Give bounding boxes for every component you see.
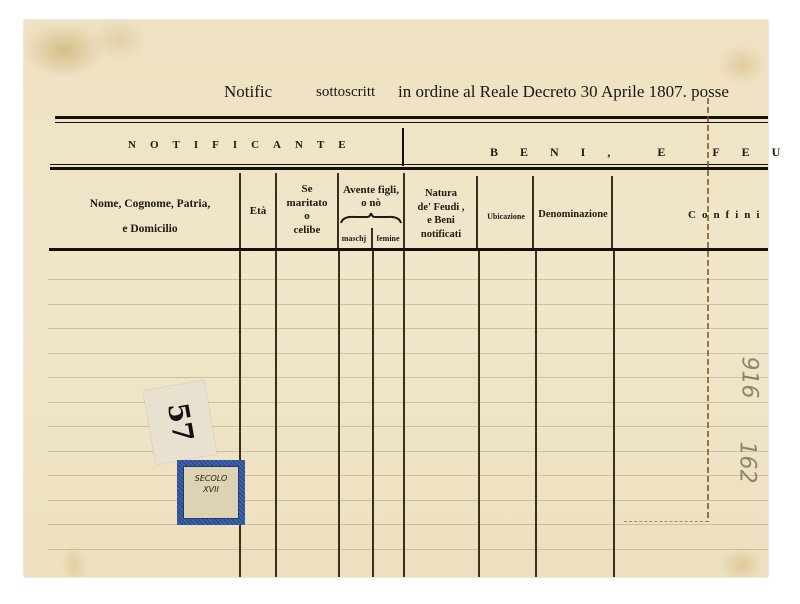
number-tag-text: 57 <box>160 400 199 444</box>
top-thick-rule <box>55 116 768 119</box>
col-natura-line1: Natura <box>404 187 478 201</box>
secolo-tag: SECOLO XVII <box>177 460 245 525</box>
col-ubicazione-header: Ubicazione <box>478 210 534 224</box>
col-line-4 <box>372 251 374 577</box>
title-decree: in ordine al Reale Decreto 30 Aprile 180… <box>398 82 729 102</box>
col-maritato-line1: Se <box>276 183 338 197</box>
col-femine-header: femine <box>372 232 404 246</box>
pencil-note-1: 916 <box>737 357 762 399</box>
col-nome-header: Nome, Cognome, Patria, e Domicilio <box>60 192 240 242</box>
mid-thick-rule <box>50 167 768 170</box>
hdr-sep-6 <box>532 176 534 251</box>
col-eta-header: Età <box>240 204 276 218</box>
hdr-sep-2 <box>275 173 277 251</box>
plate-mark-bottom <box>624 521 708 523</box>
hdr-sep-1 <box>239 173 241 251</box>
col-line-3 <box>338 251 340 577</box>
col-line-8 <box>613 251 615 577</box>
col-maschj-header: maschj <box>337 232 371 246</box>
fold-crease <box>707 98 709 522</box>
section-notificante: NOTIFICANTE <box>128 139 360 151</box>
col-confini-header: Confini <box>688 208 788 222</box>
century-text: XVII <box>184 484 238 495</box>
col-maritato-line3: o <box>276 210 338 224</box>
col-nome-line1: Nome, Cognome, Patria, <box>60 192 240 217</box>
document-page: Notific sottoscritt in ordine al Reale D… <box>24 20 768 577</box>
hdr-sep-7 <box>611 176 613 251</box>
pencil-note-2: 162 <box>735 442 760 484</box>
title-sottoscritt: sottoscritt <box>316 84 375 101</box>
col-nome-line2: e Domicilio <box>60 217 240 242</box>
hdr-sep-3 <box>337 173 339 251</box>
col-maritato-line4: celibe <box>276 224 338 238</box>
col-maritato-line2: maritato <box>276 197 338 211</box>
secolo-text: SECOLO <box>184 473 238 484</box>
col-line-6 <box>478 251 480 577</box>
col-line-5 <box>403 251 405 577</box>
mid-thin-rule <box>50 164 768 165</box>
col-figli-line2: o nò <box>338 197 404 210</box>
hdr-sep-5 <box>476 176 478 251</box>
title-notific: Notific <box>224 82 272 102</box>
col-natura-line4: notificati <box>404 228 478 242</box>
col-line-2 <box>275 251 277 577</box>
col-figli-header: Avente figli, o nò <box>338 184 404 210</box>
col-denominazione-header: Denominazione <box>532 208 614 222</box>
body-thick-rule <box>49 248 768 251</box>
col-figli-line1: Avente figli, <box>338 184 404 197</box>
col-natura-line3: e Beni <box>404 214 478 228</box>
hdr-sep-4 <box>403 173 405 251</box>
number-tag: 57 <box>143 380 217 465</box>
brace-icon <box>340 213 402 225</box>
col-natura-header: Natura de' Feudi , e Beni notificati <box>404 187 478 241</box>
secolo-tag-inner: SECOLO XVII <box>183 466 239 519</box>
top-thin-rule <box>55 122 768 123</box>
col-line-1 <box>239 251 241 577</box>
col-natura-line2: de' Feudi , <box>404 201 478 215</box>
col-line-7 <box>535 251 537 577</box>
col-maritato-header: Se maritato o celibe <box>276 183 338 237</box>
section-beni-feudi: BENI, E FEUDI <box>490 145 800 160</box>
section-divider <box>402 128 404 166</box>
